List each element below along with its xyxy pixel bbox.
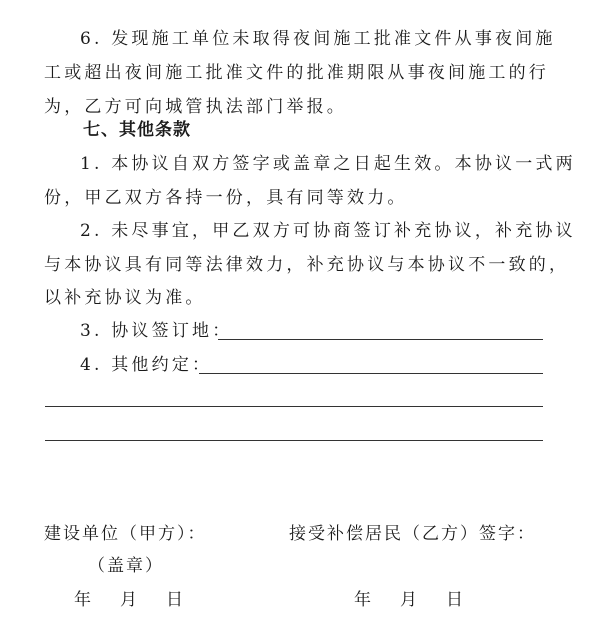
item6-line-3: 为，乙方可向城管执法部门举报。 [44,97,347,117]
clause2-line-3: 以补充协议为准。 [44,288,206,308]
clause2-line-1: 2. 未尽事宜，甲乙双方可协商签订补充协议，补充协议 [80,221,576,241]
party-a-seal: （盖章） [88,556,164,576]
other-terms-field-2[interactable] [45,406,543,407]
party-a-label: 建设单位（甲方）： [44,524,207,544]
party-b-date: 年 月 日 [354,590,469,610]
signing-place-field[interactable] [218,339,543,340]
party-a-date: 年 月 日 [74,590,189,610]
item6-line-2: 工或超出夜间施工批准文件的批准期限从事夜间施工的行 [44,63,549,83]
other-terms-field-1[interactable] [199,373,543,374]
other-terms-field-3[interactable] [45,440,543,441]
clause3-label: 3. 协议签订地： [80,321,232,341]
section7-heading: 七、其他条款 [83,120,191,140]
item6-line-1: 6. 发现施工单位未取得夜间施工批准文件从事夜间施 [80,29,556,49]
clause2-line-2: 与本协议具有同等法律效力，补充协议与本协议不一致的， [44,255,569,275]
clause1-line-2: 份，甲乙双方各持一份，具有同等效力。 [44,188,408,208]
party-b-label: 接受补偿居民（乙方）签字： [289,524,536,544]
clause1-line-1: 1. 本协议自双方签字或盖章之日起生效。本协议一式两 [80,154,576,174]
clause4-label: 4. 其他约定： [80,355,212,375]
